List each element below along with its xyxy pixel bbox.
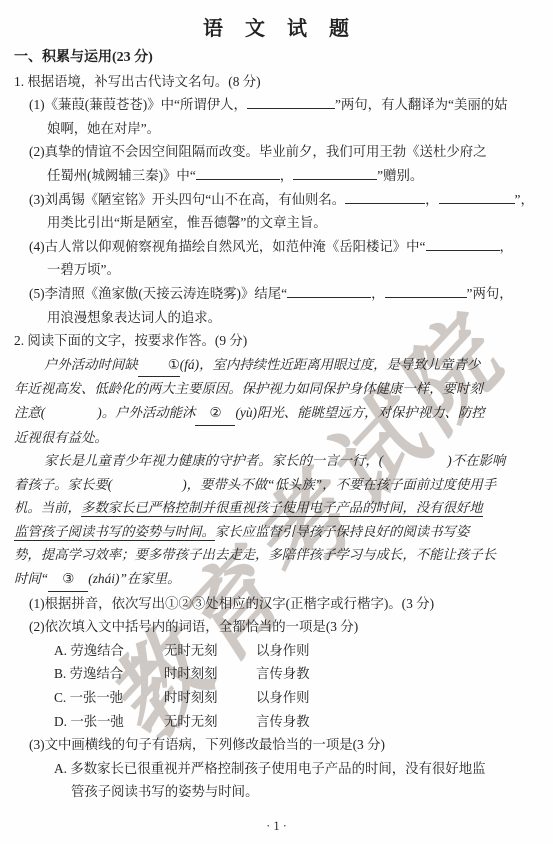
text-run: (2)依次填入文中括号内的词语，全都恰当的一项是(3 分) <box>29 619 358 634</box>
doc-line: 时间“③(zhái)”在家里。 <box>14 567 543 592</box>
text-run: 娘啊，她在对岸”。 <box>47 121 160 136</box>
doc-line: C. 一张一弛时时刻刻以身作则 <box>14 686 543 710</box>
answer-blank <box>345 189 425 204</box>
doc-line: (2)依次填入文中括号内的词语，全都恰当的一项是(3 分) <box>14 615 543 639</box>
doc-line: 1. 根据语境，补写出古代诗文名句。(8 分) <box>14 70 543 94</box>
answer-blank <box>247 94 335 109</box>
text-run: (1)《蒹葭(蒹葭苍苍)》中“所谓伊人， <box>29 97 247 112</box>
text-run: 任蜀州(城阙辅三秦)》中“ <box>47 168 196 183</box>
text-run: 势，提高学习效率；要多带孩子出去走走，多陪伴孩子学习与成长，不能让孩子长 <box>14 547 496 562</box>
text-run: 以身作则 <box>256 643 310 658</box>
text-run: 言传身教 <box>256 666 310 681</box>
text-run: 近视很有益处。 <box>14 430 108 445</box>
doc-line: 用浪漫想象表达词人的追求。 <box>14 306 543 330</box>
circled-number-blank: ③ <box>48 567 88 592</box>
circled-number-blank: ① <box>138 353 180 378</box>
text-run: 用浪漫想象表达词人的追求。 <box>47 310 221 325</box>
document-lines: 一、积累与运用(23 分)1. 根据语境，补写出古代诗文名句。(8 分)(1)《… <box>14 46 543 804</box>
doc-line: 任蜀州(城阙辅三秦)》中“，”赠别。 <box>14 164 543 188</box>
text-run: 用类比引出“斯是陋室，惟吾德馨”的文章主旨。 <box>47 215 327 230</box>
doc-line: 机。当前，多数家长已严格控制并很重视孩子使用电子产品的时间，没有很好地 <box>14 496 543 520</box>
doc-line: (3)文中画横线的句子有语病，下列修改最恰当的一项是(3 分) <box>14 733 543 757</box>
text-run: ”两句， <box>467 286 513 301</box>
page-title: 语 文 试 题 <box>0 12 553 41</box>
doc-line: A. 劳逸结合无时无刻以身作则 <box>14 639 543 663</box>
text-run: 着孩子。家长要( <box>14 477 112 492</box>
option-column: 无时无刻 <box>164 639 256 663</box>
text-run: ， <box>425 192 438 207</box>
doc-line: 2. 阅读下面的文字，按要求作答。(9 分) <box>14 329 543 353</box>
text-run: (zhái)”在家里。 <box>88 571 180 586</box>
text-run: (fá)，室内持续性近距离用眼过度，是导致儿童青少 <box>180 357 481 372</box>
doc-line: D. 一张一弛无时无刻言传身教 <box>14 710 543 734</box>
text-run: )。户外活动能沐 <box>97 405 195 420</box>
underlined-sentence: 监管孩子阅读书写的姿势与时间。 <box>14 524 215 541</box>
doc-line: 一、积累与运用(23 分) <box>14 46 543 70</box>
text-run: 家长是儿童青少年视力健康的守护者。家长的一言一行，( <box>44 453 383 468</box>
text-run: (5)李清照《渔家傲(天接云涛连晓雾)》结尾“ <box>29 286 287 301</box>
text-run: (2)真挚的情谊不会因空间阻隔而改变。毕业前夕，我们可用王勃《送杜少府之 <box>29 144 487 159</box>
doc-line: 户外活动时间缺①(fá)，室内持续性近距离用眼过度，是导致儿童青少 <box>14 353 543 378</box>
answer-blank <box>293 165 377 180</box>
text-run: A. 多数家长已很重视并严格控制孩子使用电子产品的时间，没有很好地监 <box>54 761 485 776</box>
doc-line: 势，提高学习效率；要多带孩子出去走走，多陪伴孩子学习与成长，不能让孩子长 <box>14 543 543 567</box>
exam-paper-page: 教育考试院 语 文 试 题 一、积累与运用(23 分)1. 根据语境，补写出古代… <box>0 0 553 844</box>
option-column: D. 一张一弛 <box>54 710 164 734</box>
text-run: )，要带头不做“低头族”，不要在孩子面前过度使用手 <box>182 477 496 492</box>
text-run: 时间“ <box>14 571 48 586</box>
answer-blank <box>287 283 371 298</box>
doc-line: 管孩子阅读书写的姿势与时间。 <box>14 780 543 804</box>
text-run: ”， <box>515 192 534 207</box>
text-run: 户外活动时间缺 <box>44 357 138 372</box>
text-run: ， <box>280 168 293 183</box>
page-number: · 1 · <box>0 819 553 834</box>
text-run: 1. 根据语境，补写出古代诗文名句。(8 分) <box>14 74 261 89</box>
doc-line: B. 劳逸结合时时刻刻言传身教 <box>14 662 543 686</box>
option-column: B. 劳逸结合 <box>54 662 164 686</box>
text-run: 一、积累与运用(23 分) <box>14 50 153 65</box>
text-run: ， <box>500 239 513 254</box>
doc-line: (3)刘禹锡《陋室铭》开头四句“山不在高，有仙则名。，”， <box>14 188 543 212</box>
doc-line: 监管孩子阅读书写的姿势与时间。家长应监督引导孩子保持良好的阅读书写姿 <box>14 520 543 544</box>
text-run: 年近视高发、低龄化的两大主要原因。保护视力如同保护身体健康一样，要时刻 <box>14 381 483 396</box>
text-run: (3)文中画横线的句子有语病，下列修改最恰当的一项是(3 分) <box>29 737 385 752</box>
text-run: ， <box>371 286 384 301</box>
option-column: A. 劳逸结合 <box>54 639 164 663</box>
text-run: 一碧万顷”。 <box>47 262 120 277</box>
doc-line: 家长是儿童青少年视力健康的守护者。家长的一言一行，()不在影响 <box>14 449 543 473</box>
doc-line: (5)李清照《渔家傲(天接云涛连晓雾)》结尾“，”两句， <box>14 282 543 306</box>
option-column: 时时刻刻 <box>164 662 256 686</box>
doc-line: (1)《蒹葭(蒹葭苍苍)》中“所谓伊人，”两句，有人翻译为“美丽的姑 <box>14 93 543 117</box>
doc-line: 用类比引出“斯是陋室，惟吾德馨”的文章主旨。 <box>14 211 543 235</box>
text-run: 言传身教 <box>256 714 310 729</box>
doc-line: (1)根据拼音，依次写出①②③处相应的汉字(正楷字或行楷字)。(3 分) <box>14 592 543 616</box>
text-run: (yù)阳光、能眺望远方，对保护视力、防控 <box>235 405 484 420</box>
text-run: 以身作则 <box>256 690 310 705</box>
doc-line: 近视很有益处。 <box>14 426 543 450</box>
text-run: 2. 阅读下面的文字，按要求作答。(9 分) <box>14 333 247 348</box>
text-run: 注意( <box>14 405 45 420</box>
doc-line: 着孩子。家长要()，要带头不做“低头族”，不要在孩子面前过度使用手 <box>14 473 543 497</box>
option-column: C. 一张一弛 <box>54 686 164 710</box>
text-run: 家长应监督引导孩子保持良好的阅读书写姿 <box>215 524 469 539</box>
doc-line: 年近视高发、低龄化的两大主要原因。保护视力如同保护身体健康一样，要时刻 <box>14 377 543 401</box>
text-run: ”两句，有人翻译为“美丽的姑 <box>335 97 508 112</box>
underlined-sentence: 多数家长已严格控制并很重视孩子使用电子产品的时间，没有很好地 <box>81 500 483 517</box>
doc-line: (4)古人常以仰观俯察视角描绘自然风光，如范仲淹《岳阳楼记》中“， <box>14 235 543 259</box>
text-run: 机。当前， <box>14 500 81 515</box>
text-run: 管孩子阅读书写的姿势与时间。 <box>71 784 258 799</box>
text-run: (1)根据拼音，依次写出①②③处相应的汉字(正楷字或行楷字)。(3 分) <box>29 596 434 611</box>
option-column: 时时刻刻 <box>164 686 256 710</box>
answer-blank <box>439 189 515 204</box>
doc-line: (2)真挚的情谊不会因空间阻隔而改变。毕业前夕，我们可用王勃《送杜少府之 <box>14 140 543 164</box>
answer-blank <box>426 236 500 251</box>
doc-line: 娘啊，她在对岸”。 <box>14 117 543 141</box>
answer-blank <box>385 283 467 298</box>
answer-blank <box>196 165 280 180</box>
doc-line: 一碧万顷”。 <box>14 258 543 282</box>
doc-line: 注意()。户外活动能沐②(yù)阳光、能眺望远方，对保护视力、防控 <box>14 401 543 426</box>
text-run: (4)古人常以仰观俯察视角描绘自然风光，如范仲淹《岳阳楼记》中“ <box>29 239 426 254</box>
text-run: (3)刘禹锡《陋室铭》开头四句“山不在高，有仙则名。 <box>29 192 345 207</box>
text-run: ”赠别。 <box>377 168 423 183</box>
doc-line: A. 多数家长已很重视并严格控制孩子使用电子产品的时间，没有很好地监 <box>14 757 543 781</box>
circled-number-blank: ② <box>195 401 235 426</box>
option-column: 无时无刻 <box>164 710 256 734</box>
text-run: )不在影响 <box>447 453 505 468</box>
